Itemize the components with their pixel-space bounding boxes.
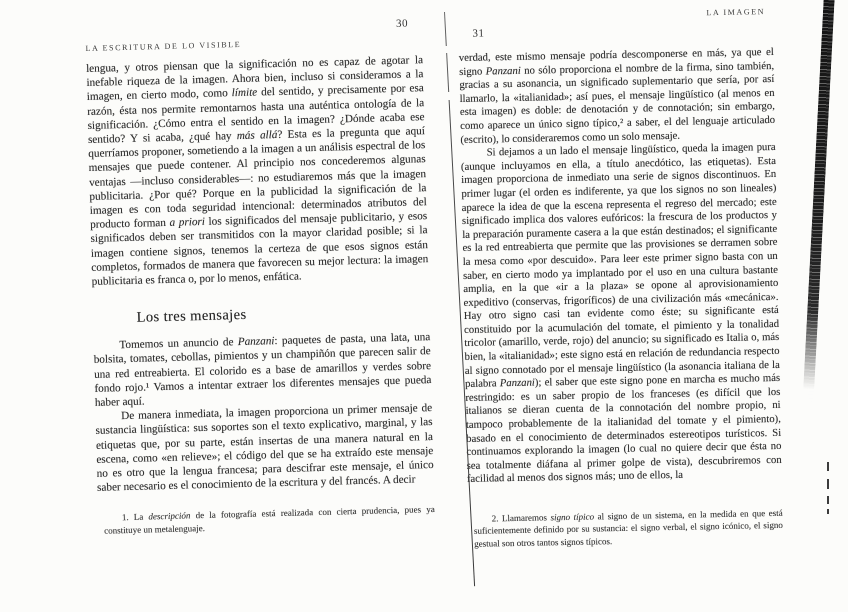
body-paragraph: Si dejamos a un lado el mensaje lingüíst… — [461, 141, 782, 487]
running-header-right: LA IMAGEN — [458, 7, 773, 22]
body-paragraph: verdad, este mismo mensaje podría descom… — [459, 46, 776, 147]
section-heading: Los tres mensajes — [136, 302, 429, 327]
scanned-book-spread: 30 LA ESCRITURA DE LO VISIBLE lengua, y … — [0, 0, 848, 612]
scan-edge-mark — [827, 509, 829, 514]
scan-edge-mark — [827, 479, 829, 489]
body-paragraph: Tomemos un anuncio de Panzani: paquetes … — [93, 330, 432, 410]
body-paragraph: lengua, y otros piensan que la significa… — [86, 53, 429, 289]
scan-edge-band — [803, 0, 835, 402]
footnote-1: 1. La descripción de la fotografía está … — [98, 503, 436, 537]
scan-edge-mark — [827, 496, 829, 504]
page-left: 30 LA ESCRITURA DE LO VISIBLE lengua, y … — [85, 17, 435, 538]
page-number-right: 31 — [458, 22, 773, 40]
body-paragraph: De manera inmediata, la imagen proporcio… — [95, 401, 434, 495]
page-right: LA IMAGEN 31 verdad, este mismo mensaje … — [458, 7, 783, 550]
page-number-left: 30 — [85, 17, 422, 38]
scan-edge-mark — [827, 462, 829, 471]
running-header-left: LA ESCRITURA DE LO VISIBLE — [85, 35, 422, 53]
footnote-2: 2. Llamaremos signo típico al signo de u… — [468, 507, 784, 550]
